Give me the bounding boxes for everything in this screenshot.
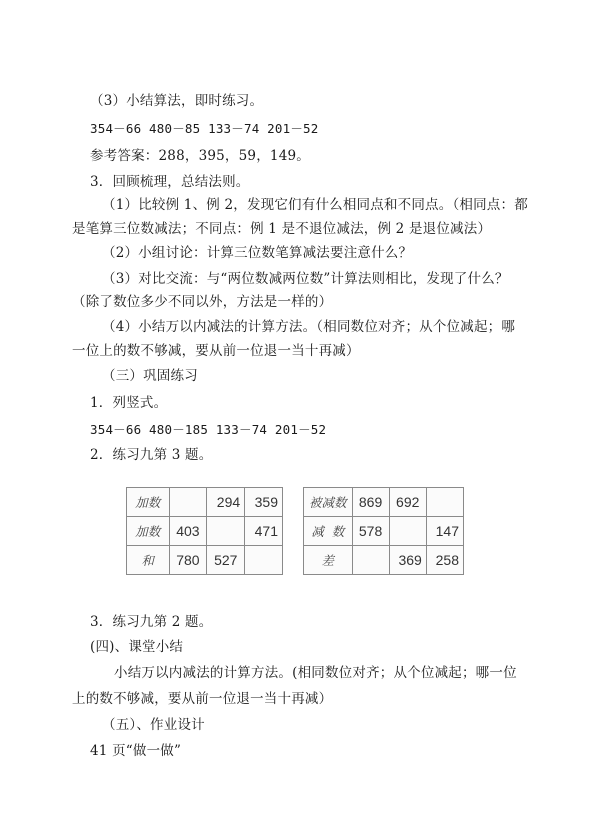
table-cell: 869 [352, 488, 389, 517]
table-cell [245, 546, 283, 575]
review-heading: 3．回顾梳理，总结法则。 [90, 173, 250, 191]
vertical-form-heading: 1．列竖式。 [90, 394, 167, 412]
section-class-summary-heading: (四)、课堂小结 [90, 638, 183, 656]
table-cell: 578 [352, 517, 389, 546]
table-cell: 359 [245, 488, 283, 517]
row-label: 被减数 [304, 488, 353, 517]
contrast-exchange-line1: （3）对比交流：与“两位数减两位数”计算法则相比，发现了什么？ [102, 270, 509, 288]
summary-method-line1: （4）小结万以内减法的计算方法。（相同数位对齐；从个位减起；哪 [102, 318, 515, 336]
table-row: 减 数 578 147 [304, 517, 464, 546]
contrast-exchange-line2: （除了数位多少不同以外，方法是一样的） [72, 293, 332, 311]
class-summary-line2: 上的数不够减，要从前一位退一当十再减） [72, 690, 332, 708]
table-cell: 258 [426, 546, 463, 575]
addition-table: 加数 294 359 加数 403 471 和 780 527 [126, 487, 283, 575]
table-cell [352, 546, 389, 575]
section-homework-heading: （五）、作业设计 [102, 716, 205, 734]
exercise-9-q3: 2．练习九第 3 题。 [90, 446, 212, 464]
table-cell: 294 [207, 488, 245, 517]
compare-examples-line2: 是笔算三位数减法；不同点：例 1 是不退位减法，例 2 是退位减法） [72, 220, 491, 238]
row-label: 加数 [127, 488, 170, 517]
table-cell: 471 [245, 517, 283, 546]
table-cell [207, 517, 245, 546]
homework-assignment: 41 页“做一做” [90, 742, 181, 760]
section-consolidation-heading: （三）巩固练习 [102, 367, 198, 385]
class-summary-line1: 小结万以内减法的计算方法。(相同数位对齐；从个位减起；哪一位 [114, 664, 517, 682]
table-row: 加数 403 471 [127, 517, 283, 546]
reference-answers: 参考答案：288，395，59，149。 [90, 147, 310, 165]
row-label: 加数 [127, 517, 170, 546]
table-row: 被减数 869 692 [304, 488, 464, 517]
table-cell: 403 [169, 517, 207, 546]
vertical-form-problems: 354－66 480－185 133－74 201－52 [90, 421, 326, 439]
table-cell: 692 [389, 488, 426, 517]
row-label: 减 数 [304, 517, 353, 546]
summary-method-line2: 一位上的数不够减，要从前一位退一当十再减） [72, 342, 360, 360]
exercise-9-q2: 3．练习九第 2 题。 [90, 613, 212, 631]
table-cell [426, 488, 463, 517]
table-cell: 780 [169, 546, 207, 575]
table-cell: 369 [389, 546, 426, 575]
table-cell: 147 [426, 517, 463, 546]
table-cell [389, 517, 426, 546]
table-row: 加数 294 359 [127, 488, 283, 517]
section-3-summary-heading: （3）小结算法，即时练习。 [90, 92, 263, 110]
row-label: 和 [127, 546, 170, 575]
compare-examples-line1: （1）比较例 1、例 2，发现它们有什么相同点和不同点。（相同点：都 [102, 196, 528, 214]
table-cell [169, 488, 207, 517]
subtraction-table: 被减数 869 692 减 数 578 147 差 369 258 [303, 487, 464, 575]
table-row: 差 369 258 [304, 546, 464, 575]
row-label: 差 [304, 546, 353, 575]
practice-problems: 354－66 480－85 133－74 201－52 [90, 120, 319, 138]
group-discussion: （2）小组讨论：计算三位数笔算减法要注意什么？ [102, 244, 412, 262]
table-row: 和 780 527 [127, 546, 283, 575]
table-cell: 527 [207, 546, 245, 575]
